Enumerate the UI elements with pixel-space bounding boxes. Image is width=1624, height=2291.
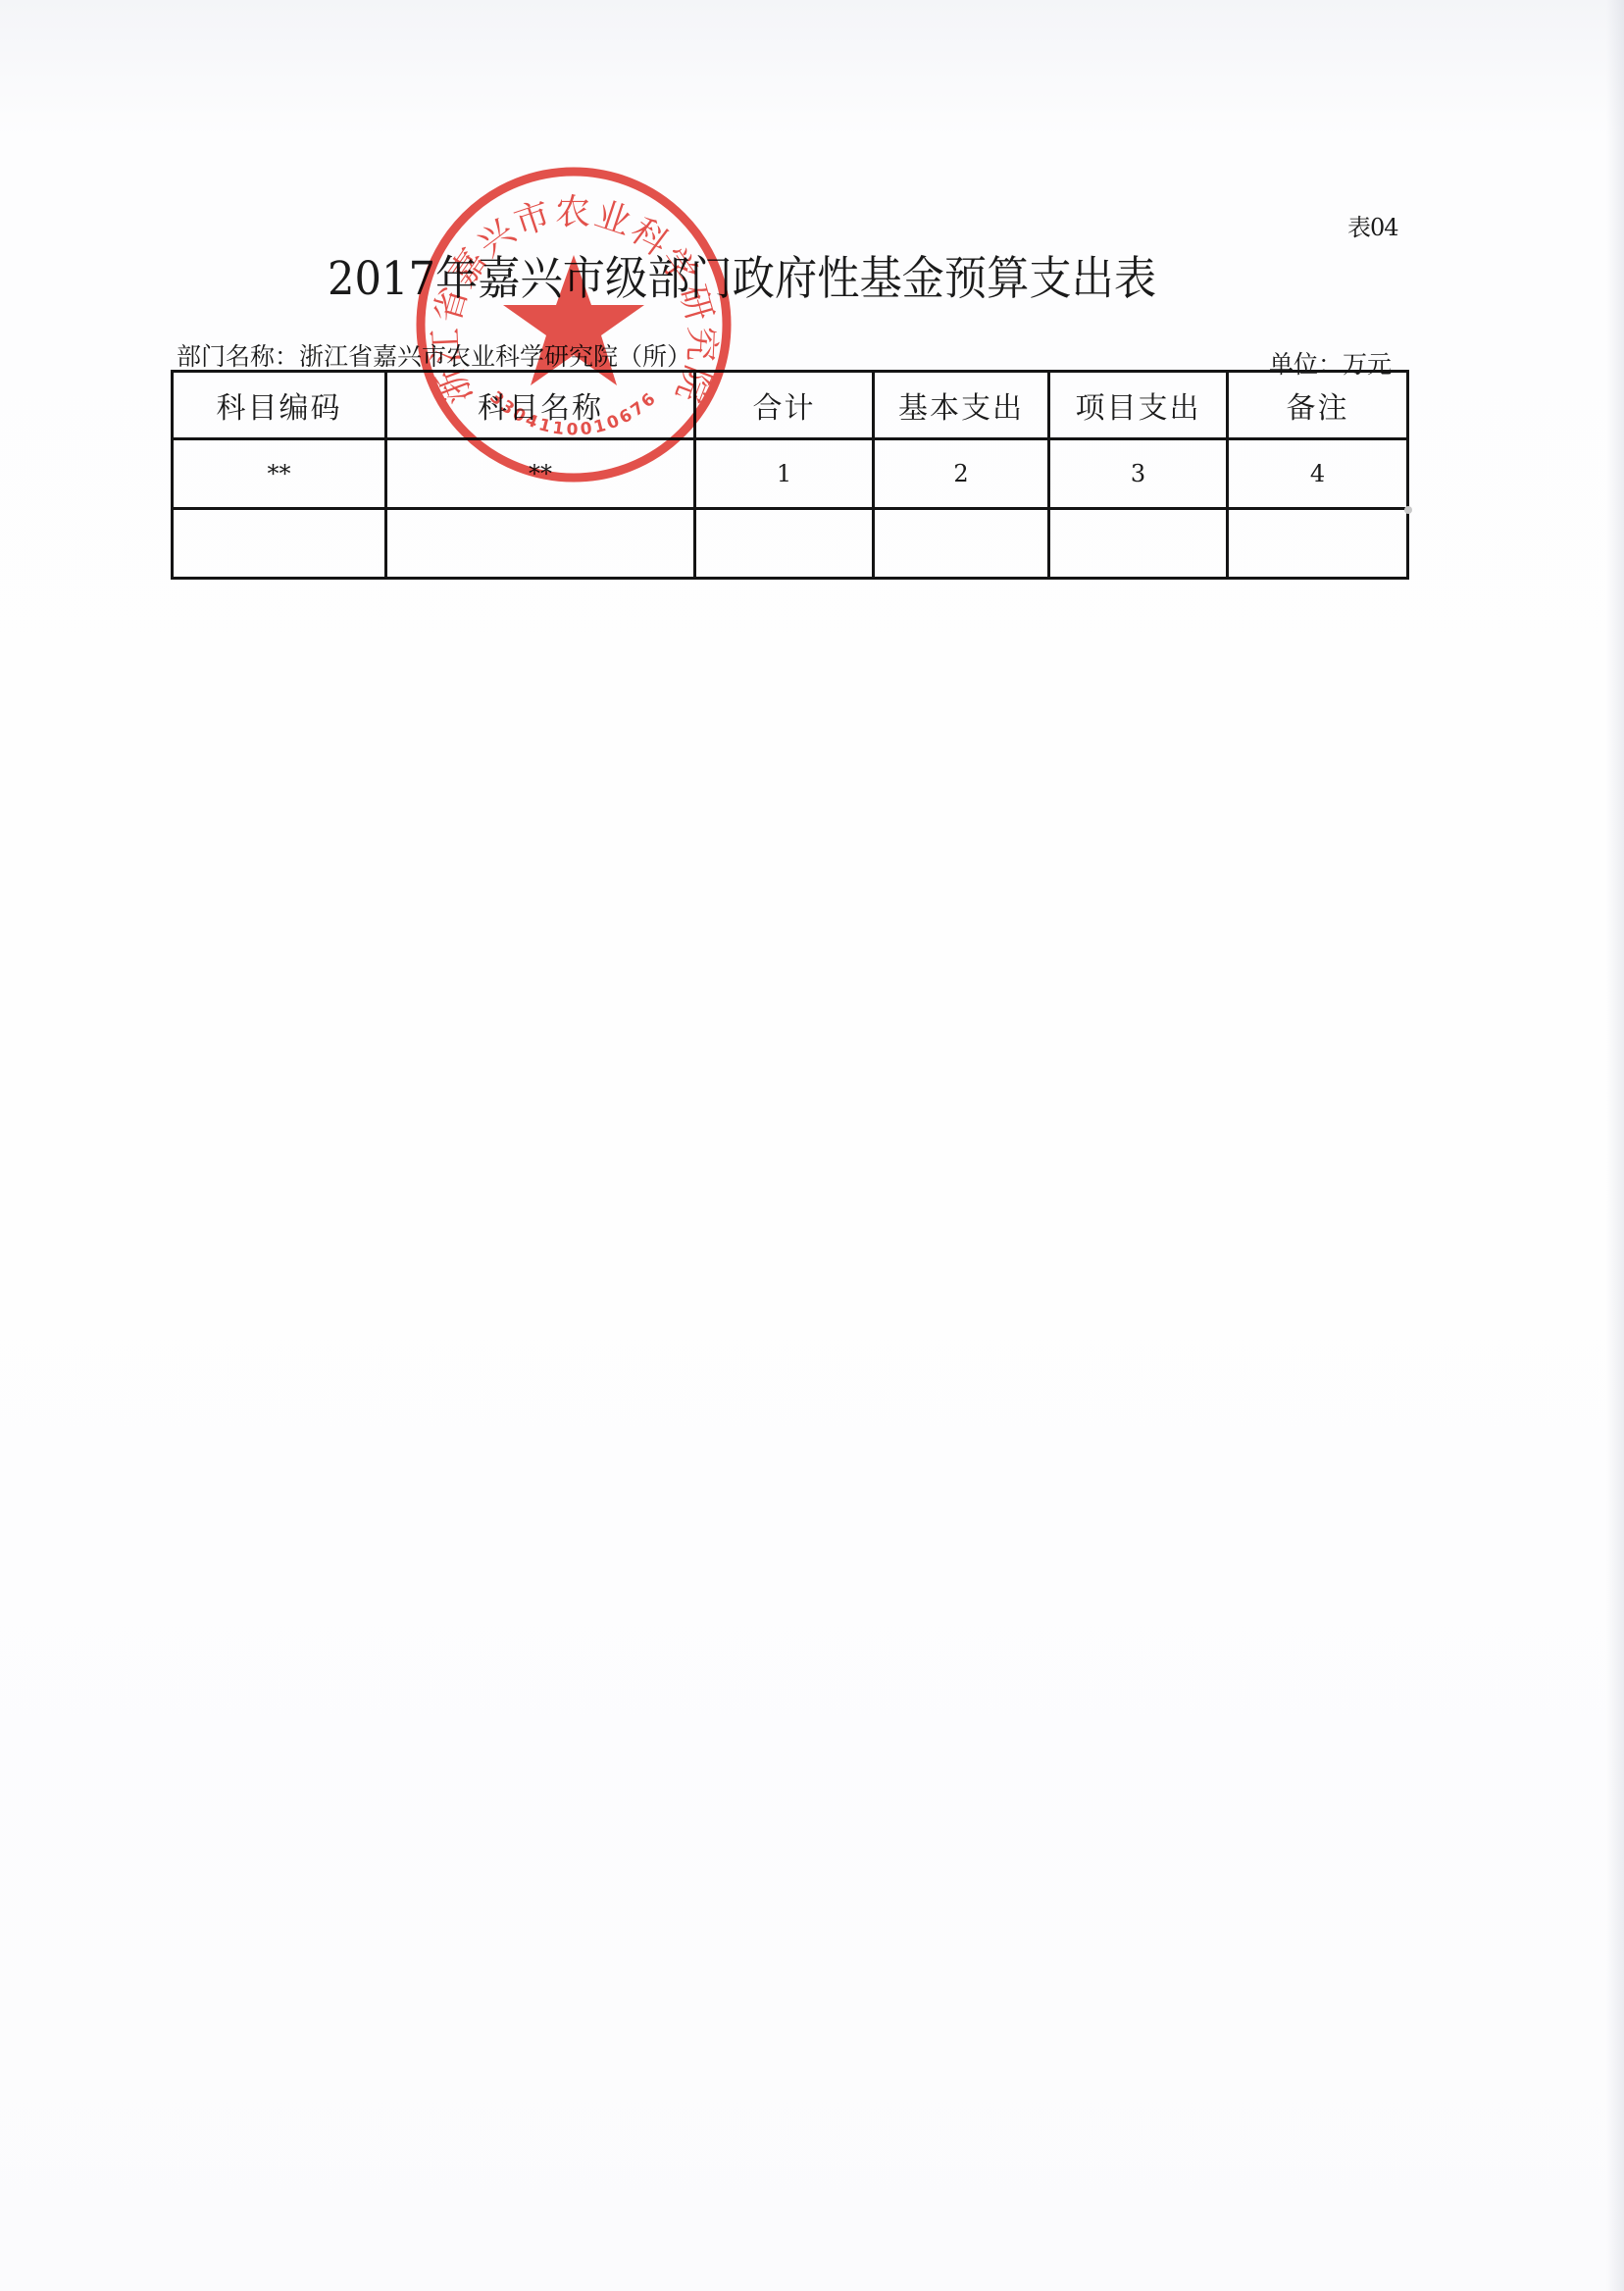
- cell: 4: [1228, 439, 1408, 509]
- cell: 3: [1049, 439, 1228, 509]
- page-title: 2017年嘉兴市级部门政府性基金预算支出表: [328, 242, 1156, 308]
- header-subject-code: 科目编码: [173, 372, 386, 439]
- cell: **: [173, 439, 386, 509]
- cell: 2: [874, 439, 1049, 509]
- header-subject-name: 科目名称: [386, 372, 695, 439]
- department-name: 部门名称：浙江省嘉兴市农业科学研究院（所）: [177, 337, 691, 373]
- scan-artifact: [1404, 506, 1412, 514]
- header-total: 合计: [695, 372, 874, 439]
- table-row: ** ** 1 2 3 4: [173, 439, 1408, 509]
- budget-table: 科目编码 科目名称 合计 基本支出 项目支出 备注 ** ** 1 2 3 4: [171, 370, 1409, 580]
- table-row: [173, 509, 1408, 579]
- header-project-expenditure: 项目支出: [1049, 372, 1228, 439]
- page-edge-shadow: [1606, 0, 1624, 2291]
- cell: [1049, 509, 1228, 579]
- cell: [386, 509, 695, 579]
- cell: [173, 509, 386, 579]
- cell: [1228, 509, 1408, 579]
- header-remarks: 备注: [1228, 372, 1408, 439]
- cell: 1: [695, 439, 874, 509]
- table-header-row: 科目编码 科目名称 合计 基本支出 项目支出 备注: [173, 372, 1408, 439]
- cell: **: [386, 439, 695, 509]
- cell: [695, 509, 874, 579]
- table-number: 表04: [1347, 208, 1398, 242]
- cell: [874, 509, 1049, 579]
- header-basic-expenditure: 基本支出: [874, 372, 1049, 439]
